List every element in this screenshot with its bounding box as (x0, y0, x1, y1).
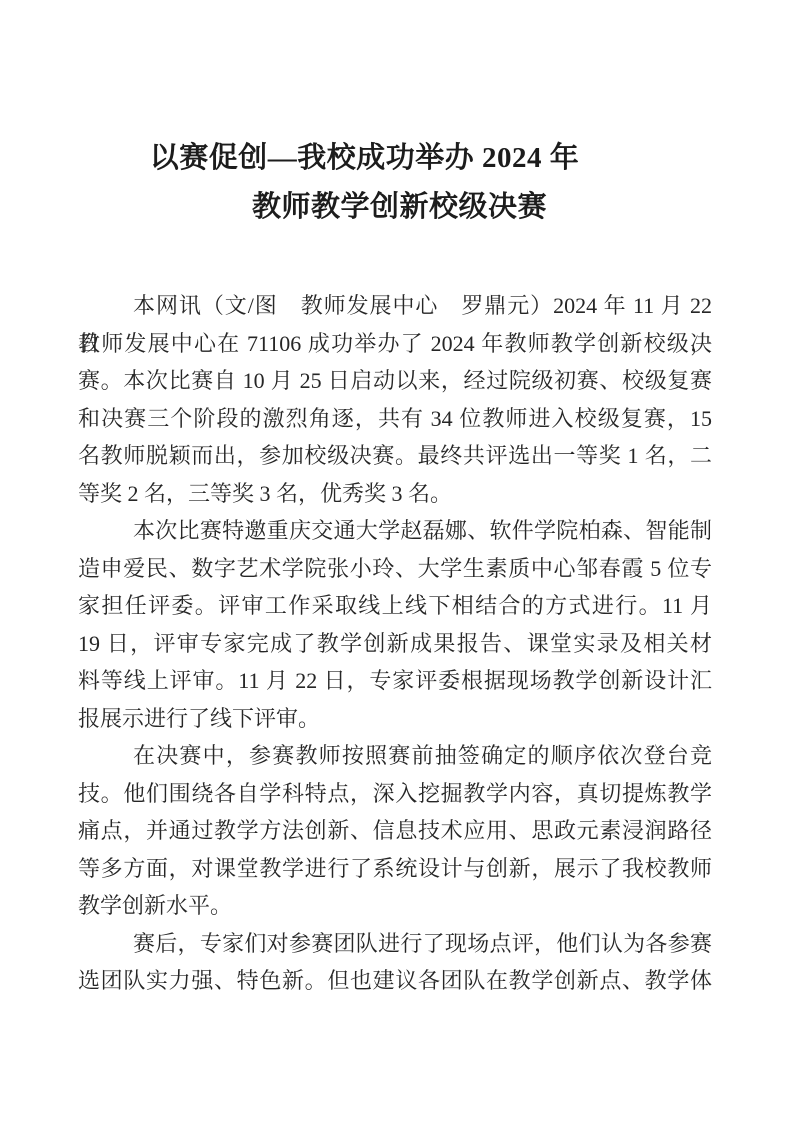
text-line: 和决赛三个阶段的激烈角逐，共有 34 位教师进入校级复赛，15 (78, 400, 712, 438)
text-line: 19 日，评审专家完成了教学创新成果报告、课堂实录及相关材 (78, 625, 712, 663)
paragraph-2: 本次比赛特邀重庆交通大学赵磊娜、软件学院柏森、智能制 造申爱民、数字艺术学院张小… (78, 512, 712, 737)
text-line: 在决赛中，参赛教师按照赛前抽签确定的顺序依次登台竞 (78, 737, 712, 775)
text-line: 赛。本次比赛自 10 月 25 日启动以来，经过院级初赛、校级复赛 (78, 362, 712, 400)
text-line: 教学创新水平。 (78, 887, 712, 925)
document-title-line-1: 以赛促创—我校成功举办 2024 年 (0, 134, 761, 183)
text-line: 技。他们围绕各自学科特点，深入挖掘教学内容，真切提炼教学 (78, 775, 712, 813)
paragraph-1: 本网讯（文/图 教师发展中心 罗鼎元）2024 年 11 月 22 日， 教师发… (78, 287, 712, 512)
text-line: 赛后，专家们对参赛团队进行了现场点评，他们认为各参赛 (78, 925, 712, 963)
document-page: 以赛促创—我校成功举办 2024 年 教师教学创新校级决赛 本网讯（文/图 教师… (0, 0, 793, 1122)
text-line: 本次比赛特邀重庆交通大学赵磊娜、软件学院柏森、智能制 (78, 512, 712, 550)
text-line: 料等线上评审。11 月 22 日，专家评委根据现场教学创新设计汇 (78, 662, 712, 700)
text-line: 等多方面，对课堂教学进行了系统设计与创新，展示了我校教师 (78, 850, 712, 888)
text-line: 家担任评委。评审工作采取线上线下相结合的方式进行。11 月 (78, 587, 712, 625)
document-title-line-2: 教师教学创新校级决赛 (3, 183, 793, 232)
text-line: 教师发展中心在 71106 成功举办了 2024 年教师教学创新校级决 (78, 325, 712, 363)
text-line: 选团队实力强、特色新。但也建议各团队在教学创新点、教学体 (78, 962, 712, 1000)
text-line: 本网讯（文/图 教师发展中心 罗鼎元）2024 年 11 月 22 日， (78, 287, 712, 325)
text-line: 痛点，并通过教学方法创新、信息技术应用、思政元素浸润路径 (78, 812, 712, 850)
text-line: 等奖 2 名，三等奖 3 名，优秀奖 3 名。 (78, 475, 712, 513)
document-body: 本网讯（文/图 教师发展中心 罗鼎元）2024 年 11 月 22 日， 教师发… (78, 287, 712, 1000)
paragraph-3: 在决赛中，参赛教师按照赛前抽签确定的顺序依次登台竞 技。他们围绕各自学科特点，深… (78, 737, 712, 925)
text-line: 造申爱民、数字艺术学院张小玲、大学生素质中心邹春霞 5 位专 (78, 550, 712, 588)
text-line: 名教师脱颖而出，参加校级决赛。最终共评选出一等奖 1 名，二 (78, 437, 712, 475)
document-title: 以赛促创—我校成功举办 2024 年 教师教学创新校级决赛 (0, 134, 793, 232)
paragraph-4: 赛后，专家们对参赛团队进行了现场点评，他们认为各参赛 选团队实力强、特色新。但也… (78, 925, 712, 1000)
text-line: 报展示进行了线下评审。 (78, 700, 712, 738)
